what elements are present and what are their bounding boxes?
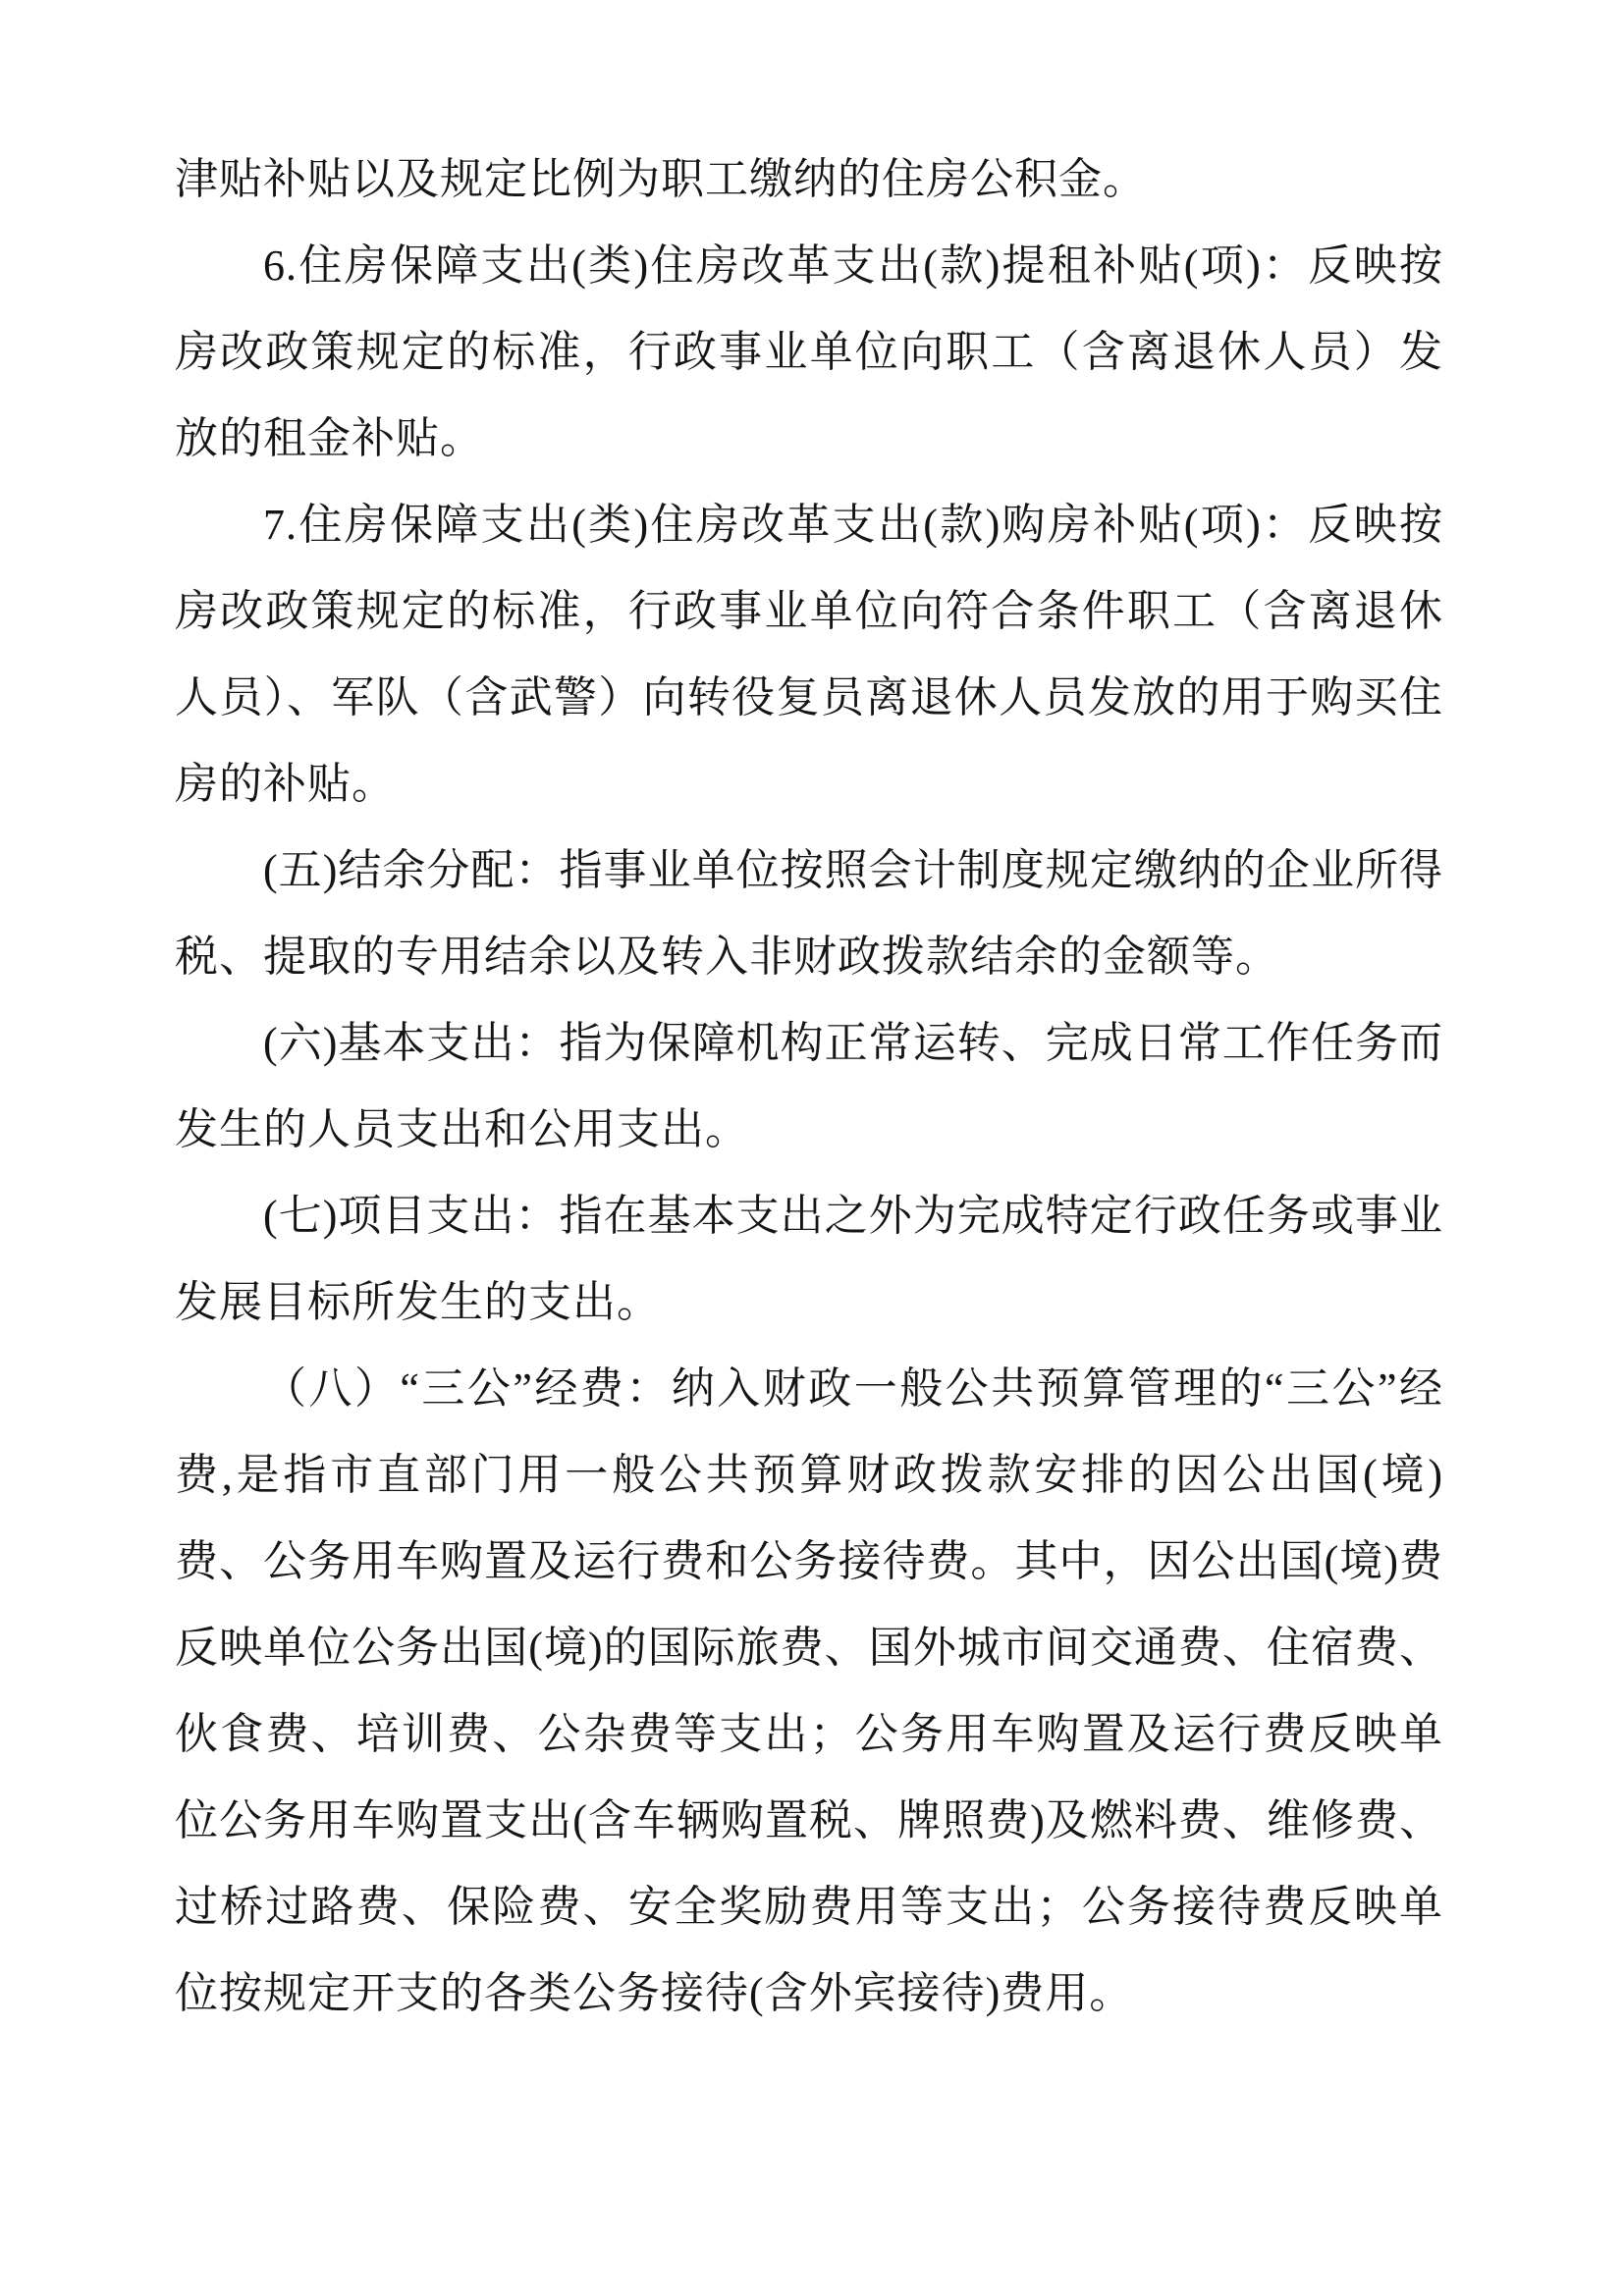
paragraph: 6.住房保障支出(类)住房改革支出(款)提租补贴(项)：反映按房改政策规定的标准…	[175, 223, 1443, 482]
paragraph: (七)项目支出：指在基本支出之外为完成特定行政任务或事业发展目标所发生的支出。	[175, 1173, 1443, 1346]
paragraph: （八）“三公”经费：纳入财政一般公共预算管理的“三公”经费,是指市直部门用一般公…	[175, 1346, 1443, 2037]
document-page: 津贴补贴以及规定比例为职工缴纳的住房公积金。6.住房保障支出(类)住房改革支出(…	[0, 0, 1624, 2296]
paragraph: (六)基本支出：指为保障机构正常运转、完成日常工作任务而发生的人员支出和公用支出…	[175, 1000, 1443, 1173]
paragraph: 7.住房保障支出(类)住房改革支出(款)购房补贴(项)：反映按房改政策规定的标准…	[175, 482, 1443, 828]
document-body: 津贴补贴以及规定比例为职工缴纳的住房公积金。6.住房保障支出(类)住房改革支出(…	[175, 136, 1443, 2037]
paragraph: 津贴补贴以及规定比例为职工缴纳的住房公积金。	[175, 136, 1443, 223]
paragraph: (五)结余分配：指事业单位按照会计制度规定缴纳的企业所得税、提取的专用结余以及转…	[175, 828, 1443, 1000]
